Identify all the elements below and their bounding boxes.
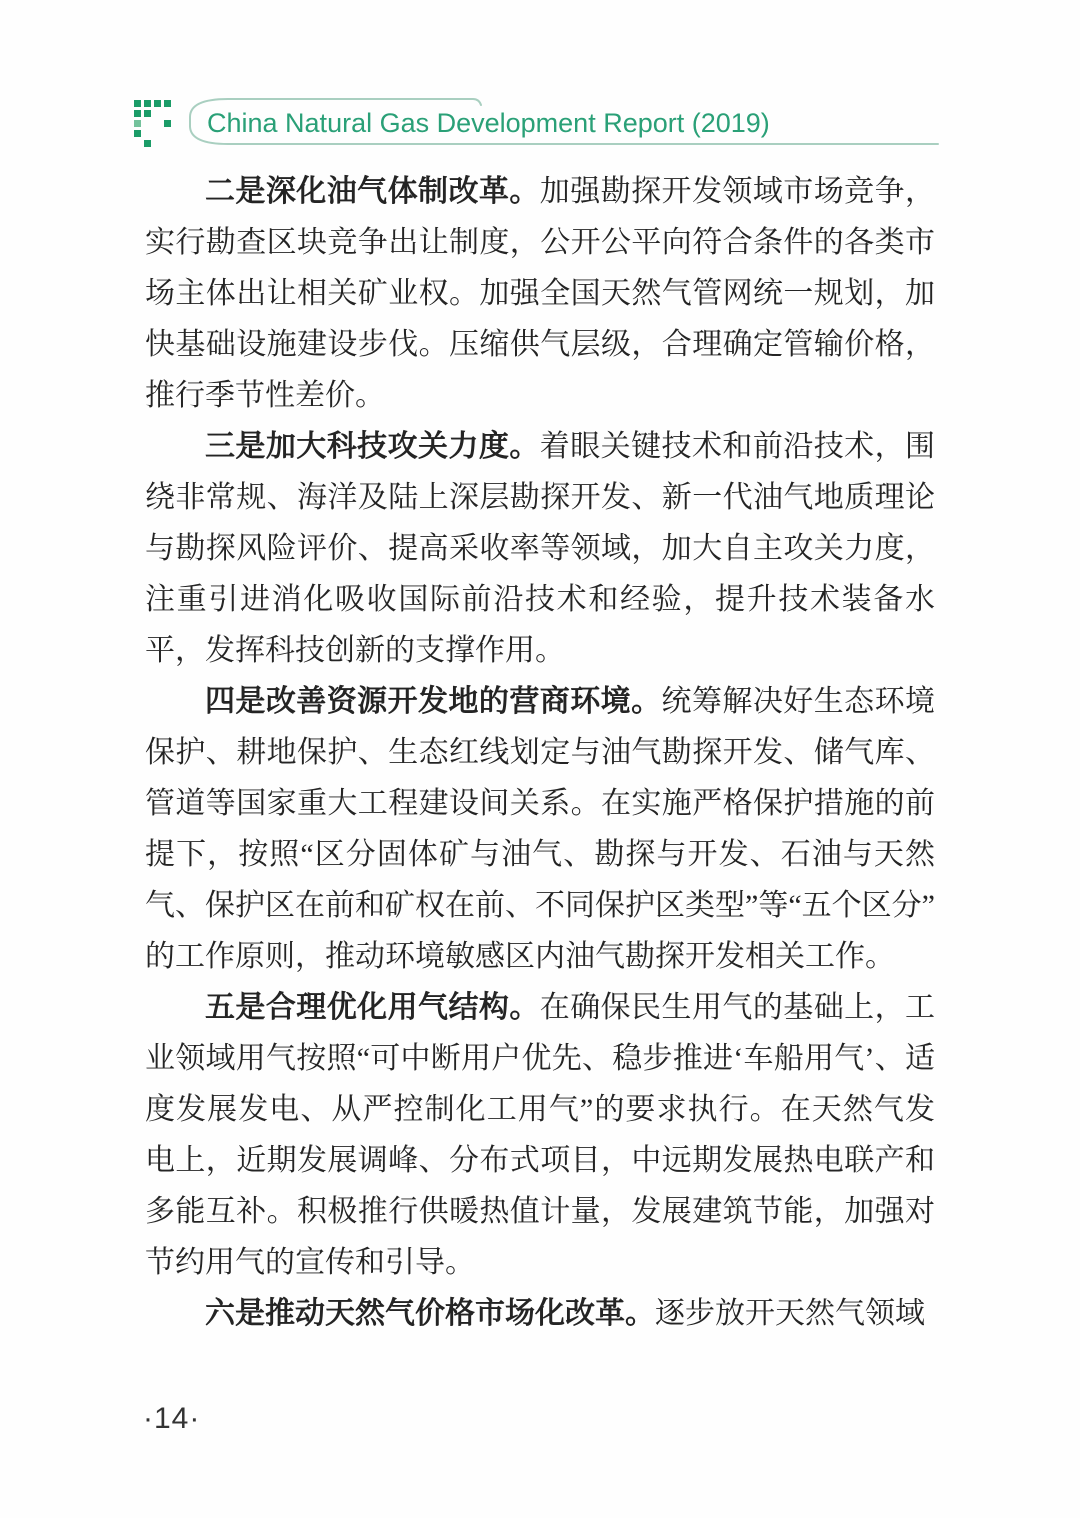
- document-page: China Natural Gas Development Report (20…: [0, 0, 1080, 1518]
- paragraph-lead: 三是加大科技攻关力度。: [205, 430, 540, 463]
- logo-pixel: [134, 110, 141, 117]
- paragraph-text: 加强勘探开发领域市场竞争，实行勘查区块竞争出让制度，公开公平向符合条件的各类市场…: [145, 175, 935, 412]
- logo-pixel: [134, 100, 141, 107]
- paragraph: 四是改善资源开发地的营商环境。统筹解决好生态环境保护、耕地保护、生态红线划定与油…: [145, 676, 935, 982]
- logo-pixel: [134, 120, 141, 127]
- paragraph-text: 着眼关键技术和前沿技术，围绕非常规、海洋及陆上深层勘探开发、新一代油气地质理论与…: [145, 430, 935, 667]
- paragraph-lead: 六是推动天然气价格市场化改革。: [205, 1297, 655, 1330]
- report-logo-icon: [134, 100, 184, 150]
- paragraph-lead: 四是改善资源开发地的营商环境。: [205, 685, 662, 718]
- paragraph: 二是深化油气体制改革。加强勘探开发领域市场竞争，实行勘查区块竞争出让制度，公开公…: [145, 166, 935, 421]
- logo-pixel: [144, 140, 151, 147]
- paragraph: 五是合理优化用气结构。在确保民生用气的基础上，工业领域用气按照“可中断用户优先、…: [145, 982, 935, 1288]
- paragraph: 三是加大科技攻关力度。着眼关键技术和前沿技术，围绕非常规、海洋及陆上深层勘探开发…: [145, 421, 935, 676]
- page-body: 二是深化油气体制改革。加强勘探开发领域市场竞争，实行勘查区块竞争出让制度，公开公…: [145, 166, 935, 1339]
- paragraph-text: 逐步放开天然气领域: [655, 1297, 925, 1330]
- logo-pixel: [144, 110, 151, 117]
- paragraph: 六是推动天然气价格市场化改革。逐步放开天然气领域: [145, 1288, 935, 1339]
- paragraphs: 二是深化油气体制改革。加强勘探开发领域市场竞争，实行勘查区块竞争出让制度，公开公…: [145, 166, 935, 1339]
- report-title: China Natural Gas Development Report (20…: [207, 103, 807, 143]
- logo-pixel: [134, 130, 141, 137]
- logo-pixel: [144, 100, 151, 107]
- paragraph-text: 统筹解决好生态环境保护、耕地保护、生态红线划定与油气勘探开发、储气库、管道等国家…: [145, 685, 935, 973]
- paragraph-text: 在确保民生用气的基础上，工业领域用气按照“可中断用户优先、稳步推进‘车船用气’、…: [145, 991, 935, 1279]
- page-header: China Natural Gas Development Report (20…: [0, 0, 1080, 160]
- logo-pixel: [164, 120, 171, 127]
- page-number: ·14·: [143, 1402, 200, 1436]
- logo-pixel: [154, 100, 161, 107]
- paragraph-lead: 二是深化油气体制改革。: [205, 175, 540, 208]
- paragraph-lead: 五是合理优化用气结构。: [205, 991, 540, 1024]
- logo-pixel: [164, 100, 171, 107]
